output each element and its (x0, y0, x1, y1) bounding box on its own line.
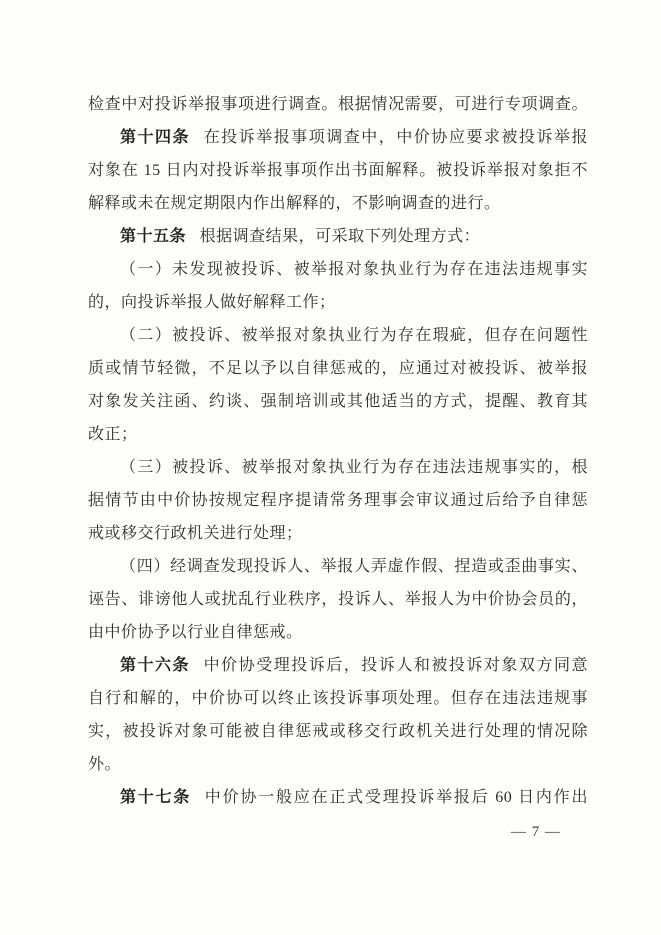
document-line: 解释或未在规定期限内作出解释的，不影响调查的进行。 (88, 187, 588, 220)
document-line: 对象在 15 日内对投诉举报事项作出书面解释。被投诉举报对象拒不 (88, 154, 588, 187)
document-line: （二）被投诉、被举报对象执业行为存在瑕疵，但存在问题性 (88, 319, 588, 352)
line-text: 检查中对投诉举报事项进行调查。根据情况需要，可进行专项调查。 (88, 96, 588, 113)
document-line: 自行和解的，中价协可以终止该投诉事项处理。但存在违法违规事 (88, 682, 588, 715)
line-text: （三）被投诉、被举报对象执业行为存在违法违规事实的，根 (120, 459, 588, 476)
line-text: 自行和解的，中价协可以终止该投诉事项处理。但存在违法违规事 (88, 690, 588, 707)
document-line: 戒或移交行政机关进行处理； (88, 517, 588, 550)
line-text: 实，被投诉对象可能被自律惩戒或移交行政机关进行处理的情况除 (88, 723, 588, 740)
document-line: 外。 (88, 748, 588, 781)
document-line: 改正； (88, 418, 588, 451)
line-text: 戒或移交行政机关进行处理； (88, 525, 303, 542)
document-line: 第十六条中价协受理投诉后，投诉人和被投诉对象双方同意 (88, 649, 588, 682)
scanned-document-page: { "document": { "lines": [ { "b": "", "t… (0, 0, 661, 935)
document-line: 检查中对投诉举报事项进行调查。根据情况需要，可进行专项调查。 (88, 88, 588, 121)
line-text: 中价协一般应在正式受理投诉举报后 60 日内作出 (205, 789, 588, 806)
line-text: 诬告、诽谤他人或扰乱行业秩序，投诉人、举报人为中价协会员的， (88, 591, 588, 608)
article-number: 第十六条 (120, 657, 190, 674)
document-line: 第十五条根据调查结果，可采取下列处理方式： (88, 220, 588, 253)
line-text: （四）经调查发现投诉人、举报人弄虚作假、捏造或歪曲事实、 (120, 558, 588, 575)
line-text: 质或情节轻微，不足以予以自律惩戒的，应通过对被投诉、被举报 (88, 360, 588, 377)
document-body: 检查中对投诉举报事项进行调查。根据情况需要，可进行专项调查。 第十四条在投诉举报… (88, 88, 588, 814)
article-number: 第十七条 (120, 789, 191, 806)
document-line: 诬告、诽谤他人或扰乱行业秩序，投诉人、举报人为中价协会员的， (88, 583, 588, 616)
document-line: 的，向投诉举报人做好解释工作； (88, 286, 588, 319)
document-line: 实，被投诉对象可能被自律惩戒或移交行政机关进行处理的情况除 (88, 715, 588, 748)
line-text: 改正； (88, 426, 138, 443)
line-text: 中价协受理投诉后，投诉人和被投诉对象双方同意 (204, 657, 588, 674)
line-text: 的，向投诉举报人做好解释工作； (88, 294, 336, 311)
document-line: 第十七条中价协一般应在正式受理投诉举报后 60 日内作出 (88, 781, 588, 814)
article-number: 第十五条 (120, 228, 186, 245)
line-text: （一）未发现被投诉、被举报对象执业行为存在违法违规事实 (120, 261, 588, 278)
document-line: （三）被投诉、被举报对象执业行为存在违法违规事实的，根 (88, 451, 588, 484)
document-line: （四）经调查发现投诉人、举报人弄虚作假、捏造或歪曲事实、 (88, 550, 588, 583)
document-line: 质或情节轻微，不足以予以自律惩戒的，应通过对被投诉、被举报 (88, 352, 588, 385)
line-text: 对象发关注函、约谈、强制培训或其他适当的方式，提醒、教育其 (88, 393, 588, 410)
page-number: — 7 — (511, 821, 561, 843)
document-line: （一）未发现被投诉、被举报对象执业行为存在违法违规事实 (88, 253, 588, 286)
line-text: （二）被投诉、被举报对象执业行为存在瑕疵，但存在问题性 (120, 327, 588, 344)
line-text: 据情节由中价协按规定程序提请常务理事会审议通过后给予自律惩 (88, 492, 588, 509)
article-number: 第十四条 (120, 129, 190, 146)
document-line: 据情节由中价协按规定程序提请常务理事会审议通过后给予自律惩 (88, 484, 588, 517)
line-text: 在投诉举报事项调查中，中价协应要求被投诉举报 (204, 129, 588, 146)
line-text: 外。 (88, 756, 121, 773)
document-line: 第十四条在投诉举报事项调查中，中价协应要求被投诉举报 (88, 121, 588, 154)
line-text: 由中价协予以行业自律惩戒。 (88, 624, 303, 641)
line-text: 根据调查结果，可采取下列处理方式： (200, 228, 481, 245)
document-line: 对象发关注函、约谈、强制培训或其他适当的方式，提醒、教育其 (88, 385, 588, 418)
line-text: 对象在 15 日内对投诉举报事项作出书面解释。被投诉举报对象拒不 (88, 162, 588, 179)
document-line: 由中价协予以行业自律惩戒。 (88, 616, 588, 649)
line-text: 解释或未在规定期限内作出解释的，不影响调查的进行。 (88, 195, 501, 212)
